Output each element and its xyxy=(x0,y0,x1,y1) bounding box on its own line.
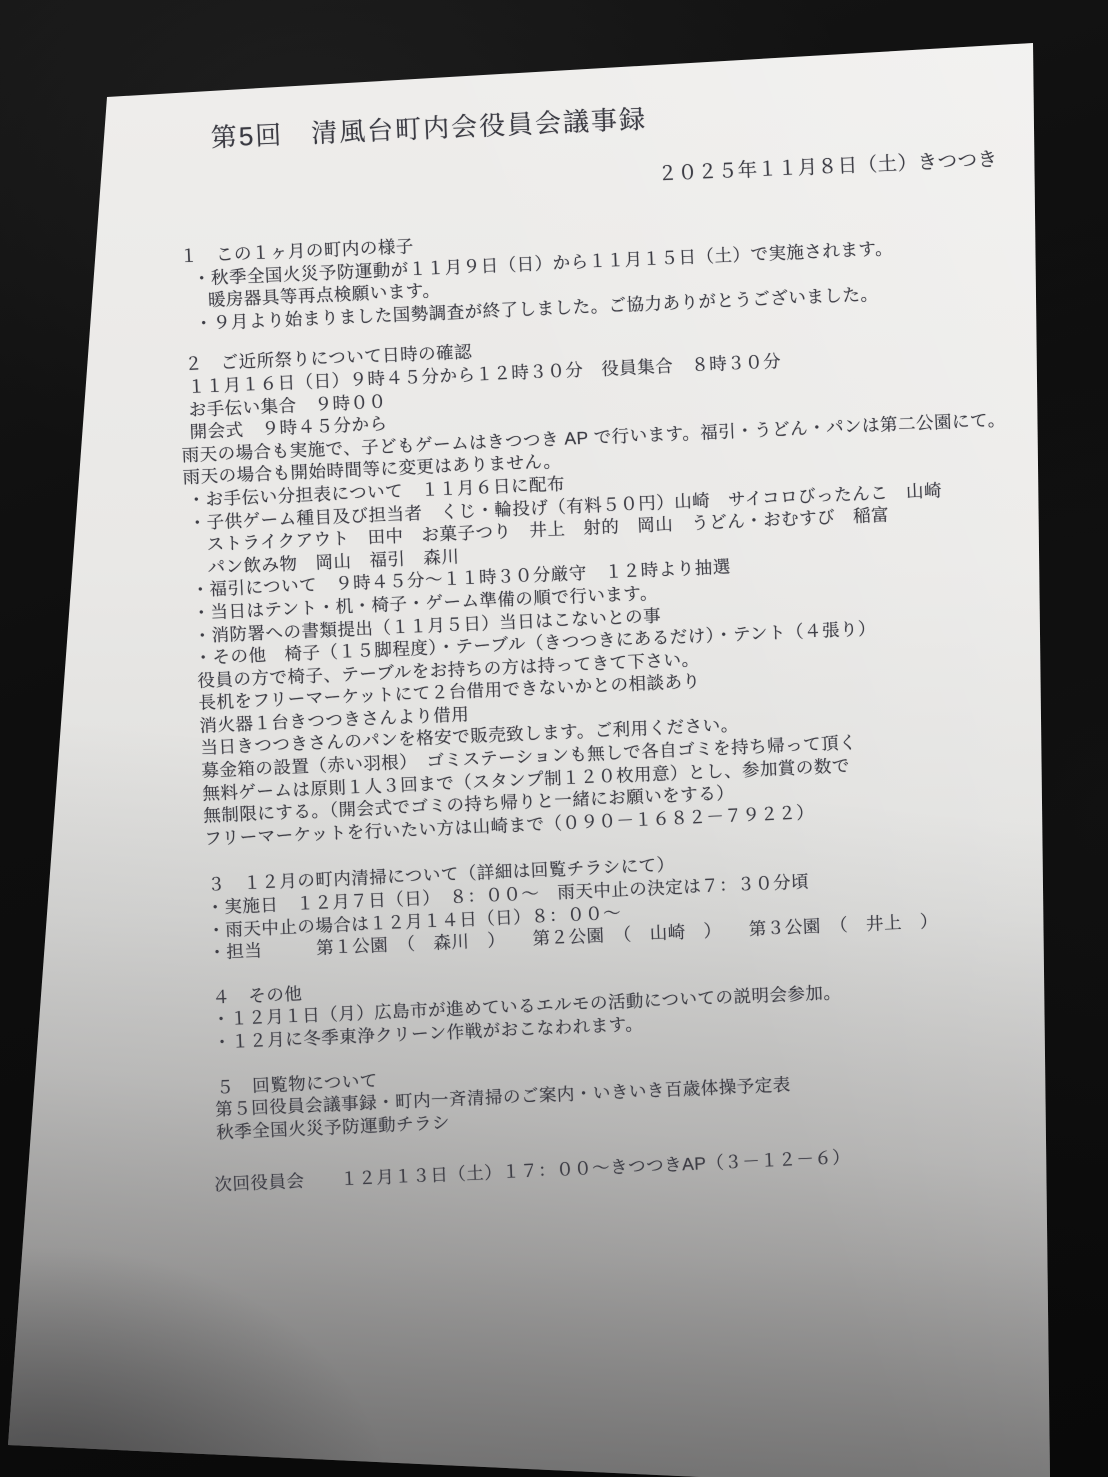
paper-sheet: 第5回 清風台町内会役員会議事録 ２０２５年１１月８日（土）きつつき １ この１… xyxy=(0,0,1108,1477)
document-content: 第5回 清風台町内会役員会議事録 ２０２５年１１月８日（土）きつつき １ この１… xyxy=(90,34,1068,1199)
document-title: 第5回 清風台町内会役員会議事録 xyxy=(210,86,1023,153)
photo-background: 第5回 清風台町内会役員会議事録 ２０２５年１１月８日（土）きつつき １ この１… xyxy=(0,0,1108,1477)
document-date: ２０２５年１１月８日（土）きつつき xyxy=(657,144,1025,188)
next-meeting-line: 次回役員会 １２月１３日（土）１７：００～きつつきAP（３－１２－６） xyxy=(214,1137,1068,1197)
